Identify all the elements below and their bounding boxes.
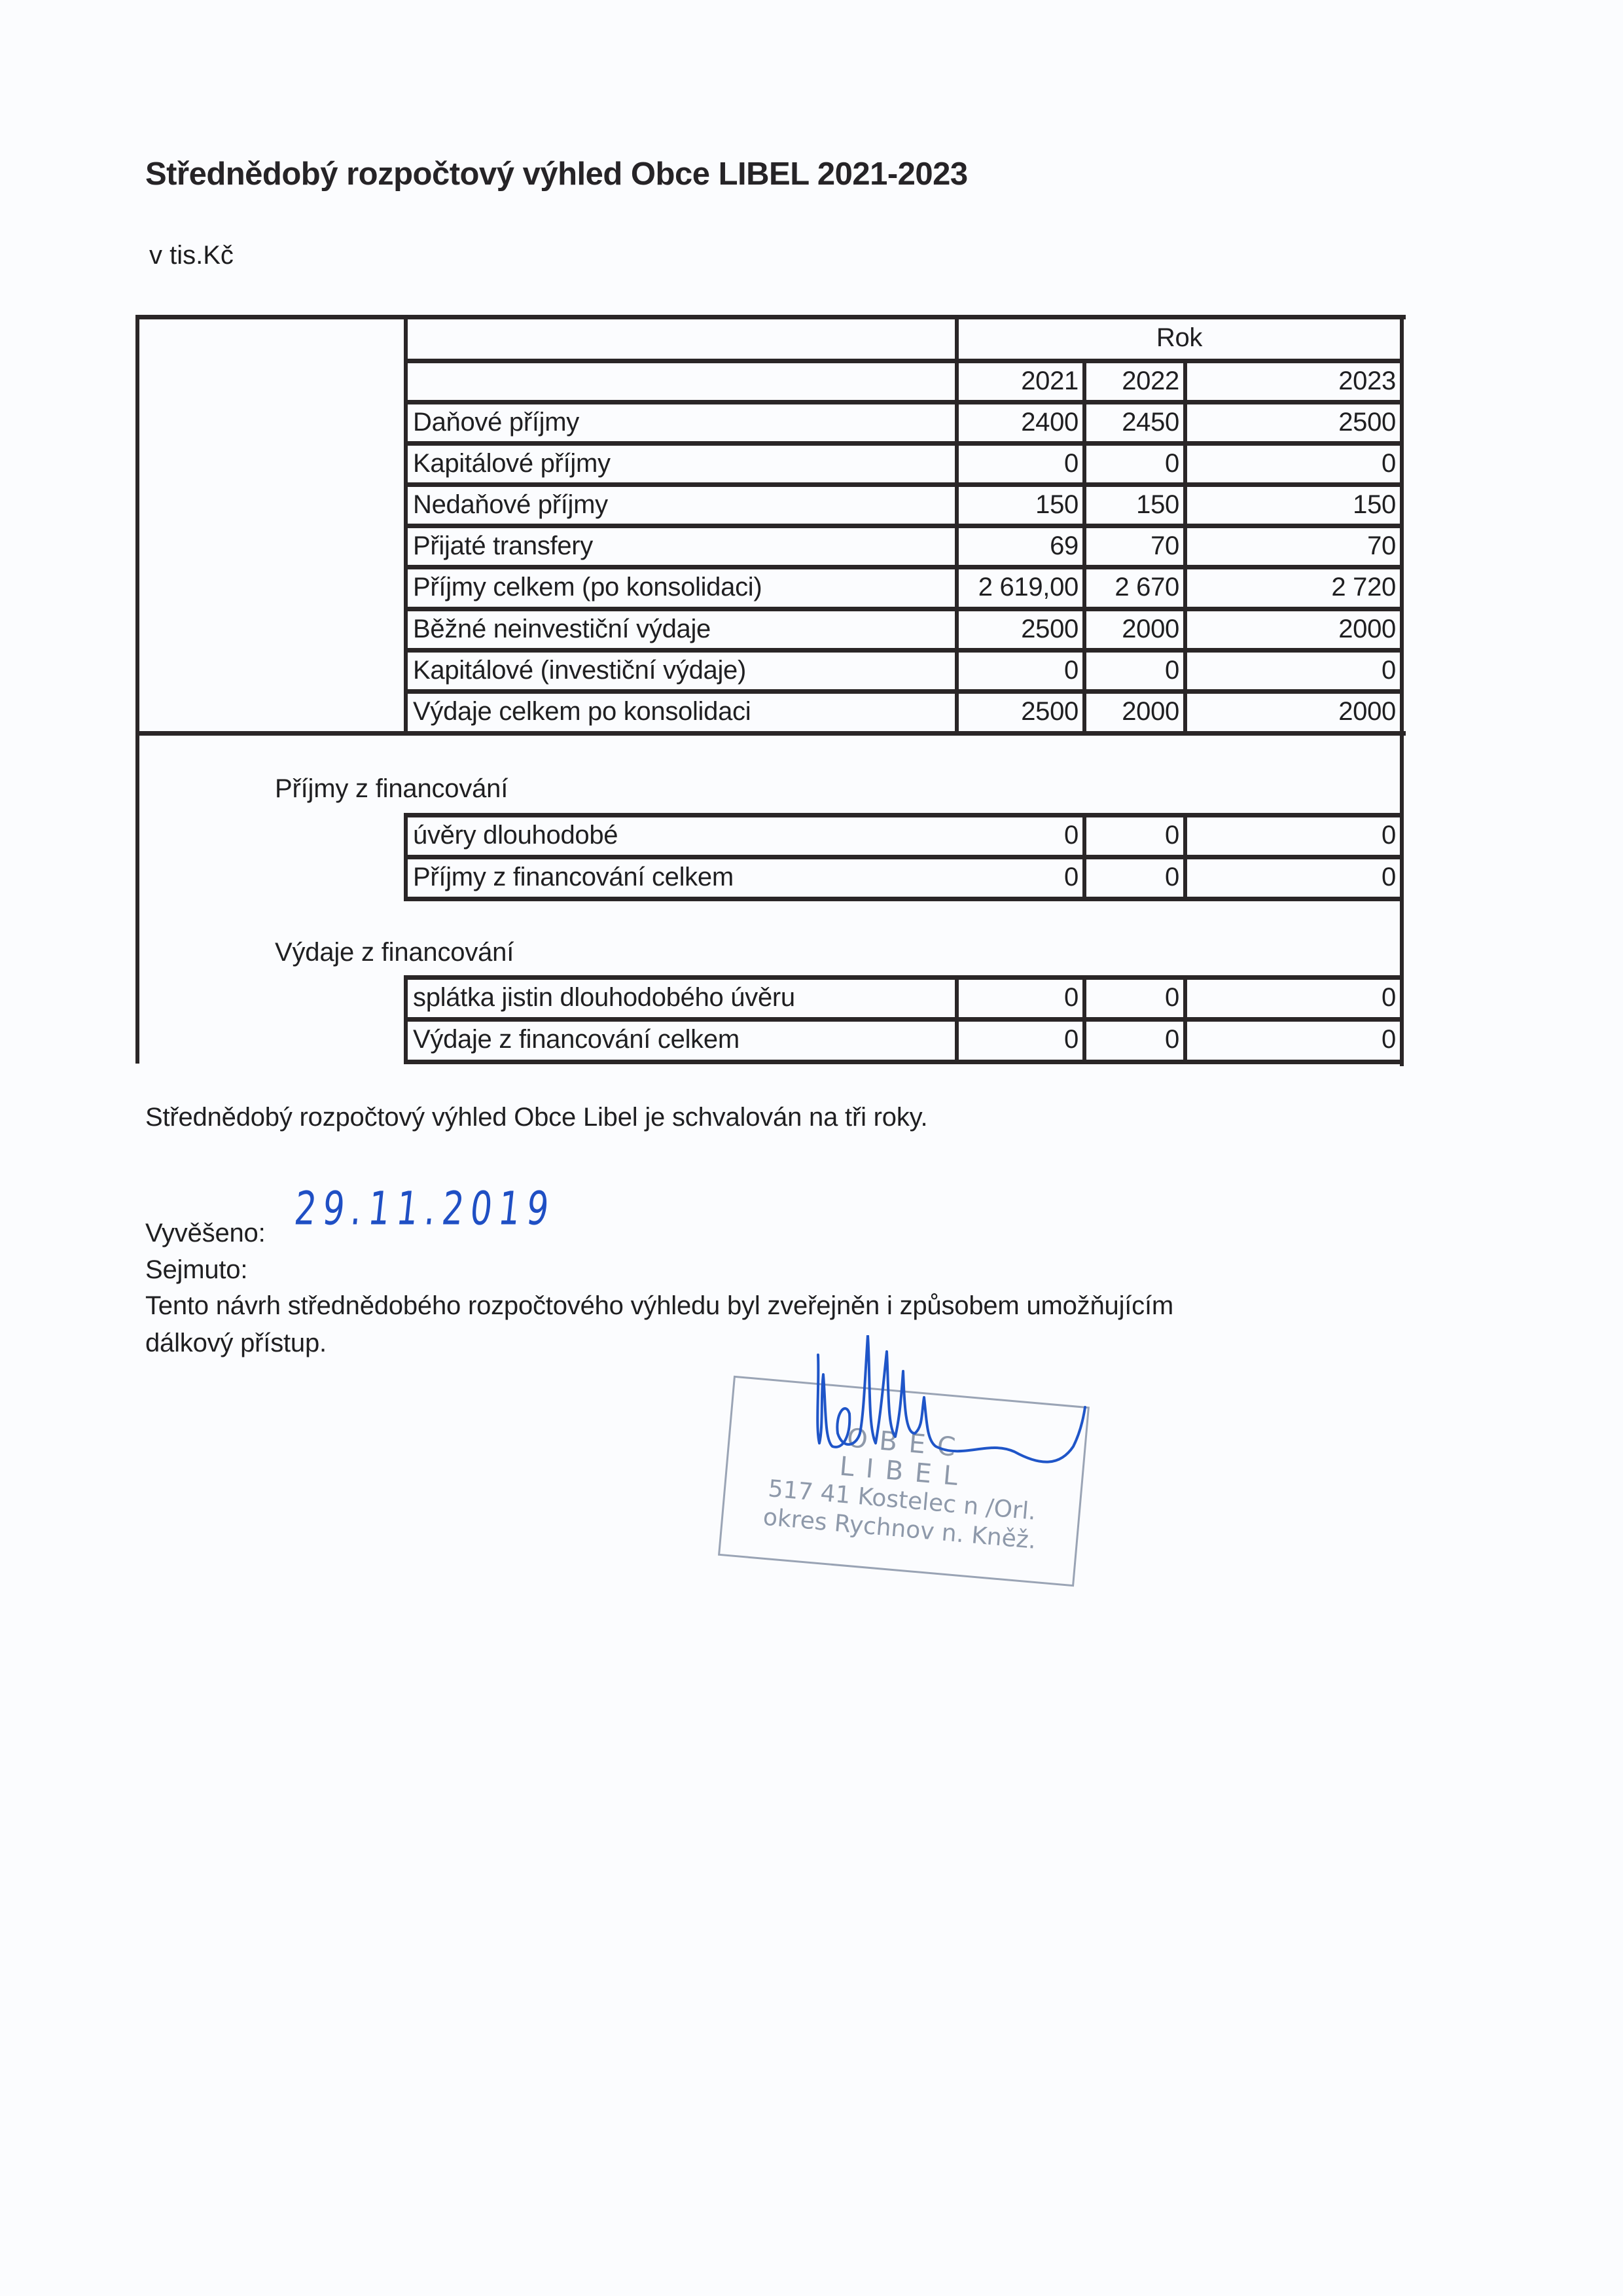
row-label: Nedaňové příjmy (408, 486, 608, 523)
cell-value: 0 (1187, 979, 1400, 1016)
row-label: úvěry dlouhodobé (408, 817, 618, 853)
cell-value: 2000 (1187, 693, 1400, 730)
approval-note: Střednědobý rozpočtový výhled Obce Libel… (145, 1103, 927, 1132)
table-border-left (135, 315, 139, 1064)
row-label: Kapitálové příjmy (408, 445, 611, 482)
cell-value: 0 (1187, 652, 1400, 689)
cell-value: 0 (959, 445, 1082, 482)
row-label: Příjmy celkem (po konsolidaci) (408, 569, 762, 605)
row-label: Výdaje z financování celkem (408, 1021, 740, 1058)
cell-value: 150 (1187, 486, 1400, 523)
signature-icon (772, 1335, 1178, 1486)
cell-value: 2 670 (1086, 569, 1183, 605)
cell-value: 0 (1187, 817, 1400, 853)
cell-value: 2400 (959, 404, 1082, 440)
cell-value: 2000 (1187, 611, 1400, 647)
posted-label: Vyvěšeno: (145, 1219, 266, 1248)
row-label: Běžné neinvestiční výdaje (408, 611, 711, 647)
cell-value: 0 (1187, 1021, 1400, 1058)
cell-value: 0 (1086, 979, 1183, 1016)
row-label: Daňové příjmy (408, 404, 579, 440)
cell-value: 2000 (1086, 693, 1183, 730)
cell-value: 2 619,00 (959, 569, 1082, 605)
financing-expenses-heading: Výdaje z financování (275, 938, 514, 967)
cell-value: 2000 (1086, 611, 1183, 647)
cell-value: 0 (959, 652, 1082, 689)
year-header: 2021 (959, 363, 1082, 399)
table-rule (404, 1060, 1404, 1064)
year-header: 2022 (1086, 363, 1183, 399)
row-label: Příjmy z financování celkem (408, 859, 734, 895)
posted-date-handwritten: 29.11.2019 (292, 1183, 558, 1236)
cell-value: 70 (1187, 528, 1400, 564)
cell-value: 0 (959, 817, 1082, 853)
cell-value: 0 (1086, 445, 1183, 482)
cell-value: 150 (959, 486, 1082, 523)
cell-value: 2 720 (1187, 569, 1400, 605)
cell-value: 70 (1086, 528, 1183, 564)
cell-value: 150 (1086, 486, 1183, 523)
row-label: Výdaje celkem po konsolidaci (408, 693, 751, 730)
cell-value: 0 (1187, 445, 1400, 482)
removed-label: Sejmuto: (145, 1255, 247, 1285)
cell-value: 2500 (1187, 404, 1400, 440)
cell-value: 69 (959, 528, 1082, 564)
cell-value: 2500 (959, 693, 1082, 730)
cell-value: 0 (1086, 859, 1183, 895)
cell-value: 0 (959, 979, 1082, 1016)
cell-value: 0 (1086, 652, 1183, 689)
cell-value: 2500 (959, 611, 1082, 647)
cell-value: 0 (1187, 859, 1400, 895)
financing-income-heading: Příjmy z financování (275, 774, 508, 804)
document-title: Střednědobý rozpočtový výhled Obce LIBEL… (145, 156, 968, 192)
table-border-top (135, 315, 1406, 319)
row-label: Přijaté transfery (408, 528, 593, 564)
year-group-header: Rok (959, 319, 1400, 356)
cell-value: 0 (1086, 1021, 1183, 1058)
cell-value: 0 (1086, 817, 1183, 853)
cell-value: 2450 (1086, 404, 1183, 440)
publication-note-cont: dálkový přístup. (145, 1329, 327, 1358)
table-rule (404, 897, 1402, 901)
unit-label: v tis.Kč (149, 241, 234, 270)
cell-value: 0 (959, 859, 1082, 895)
row-label: splátka jistin dlouhodobého úvěru (408, 979, 795, 1016)
row-label: Kapitálové (investiční výdaje) (408, 652, 746, 689)
year-header: 2023 (1187, 363, 1400, 399)
table-section-rule (135, 731, 1406, 736)
publication-note: Tento návrh střednědobého rozpočtového v… (145, 1291, 1173, 1321)
cell-value: 0 (959, 1021, 1082, 1058)
